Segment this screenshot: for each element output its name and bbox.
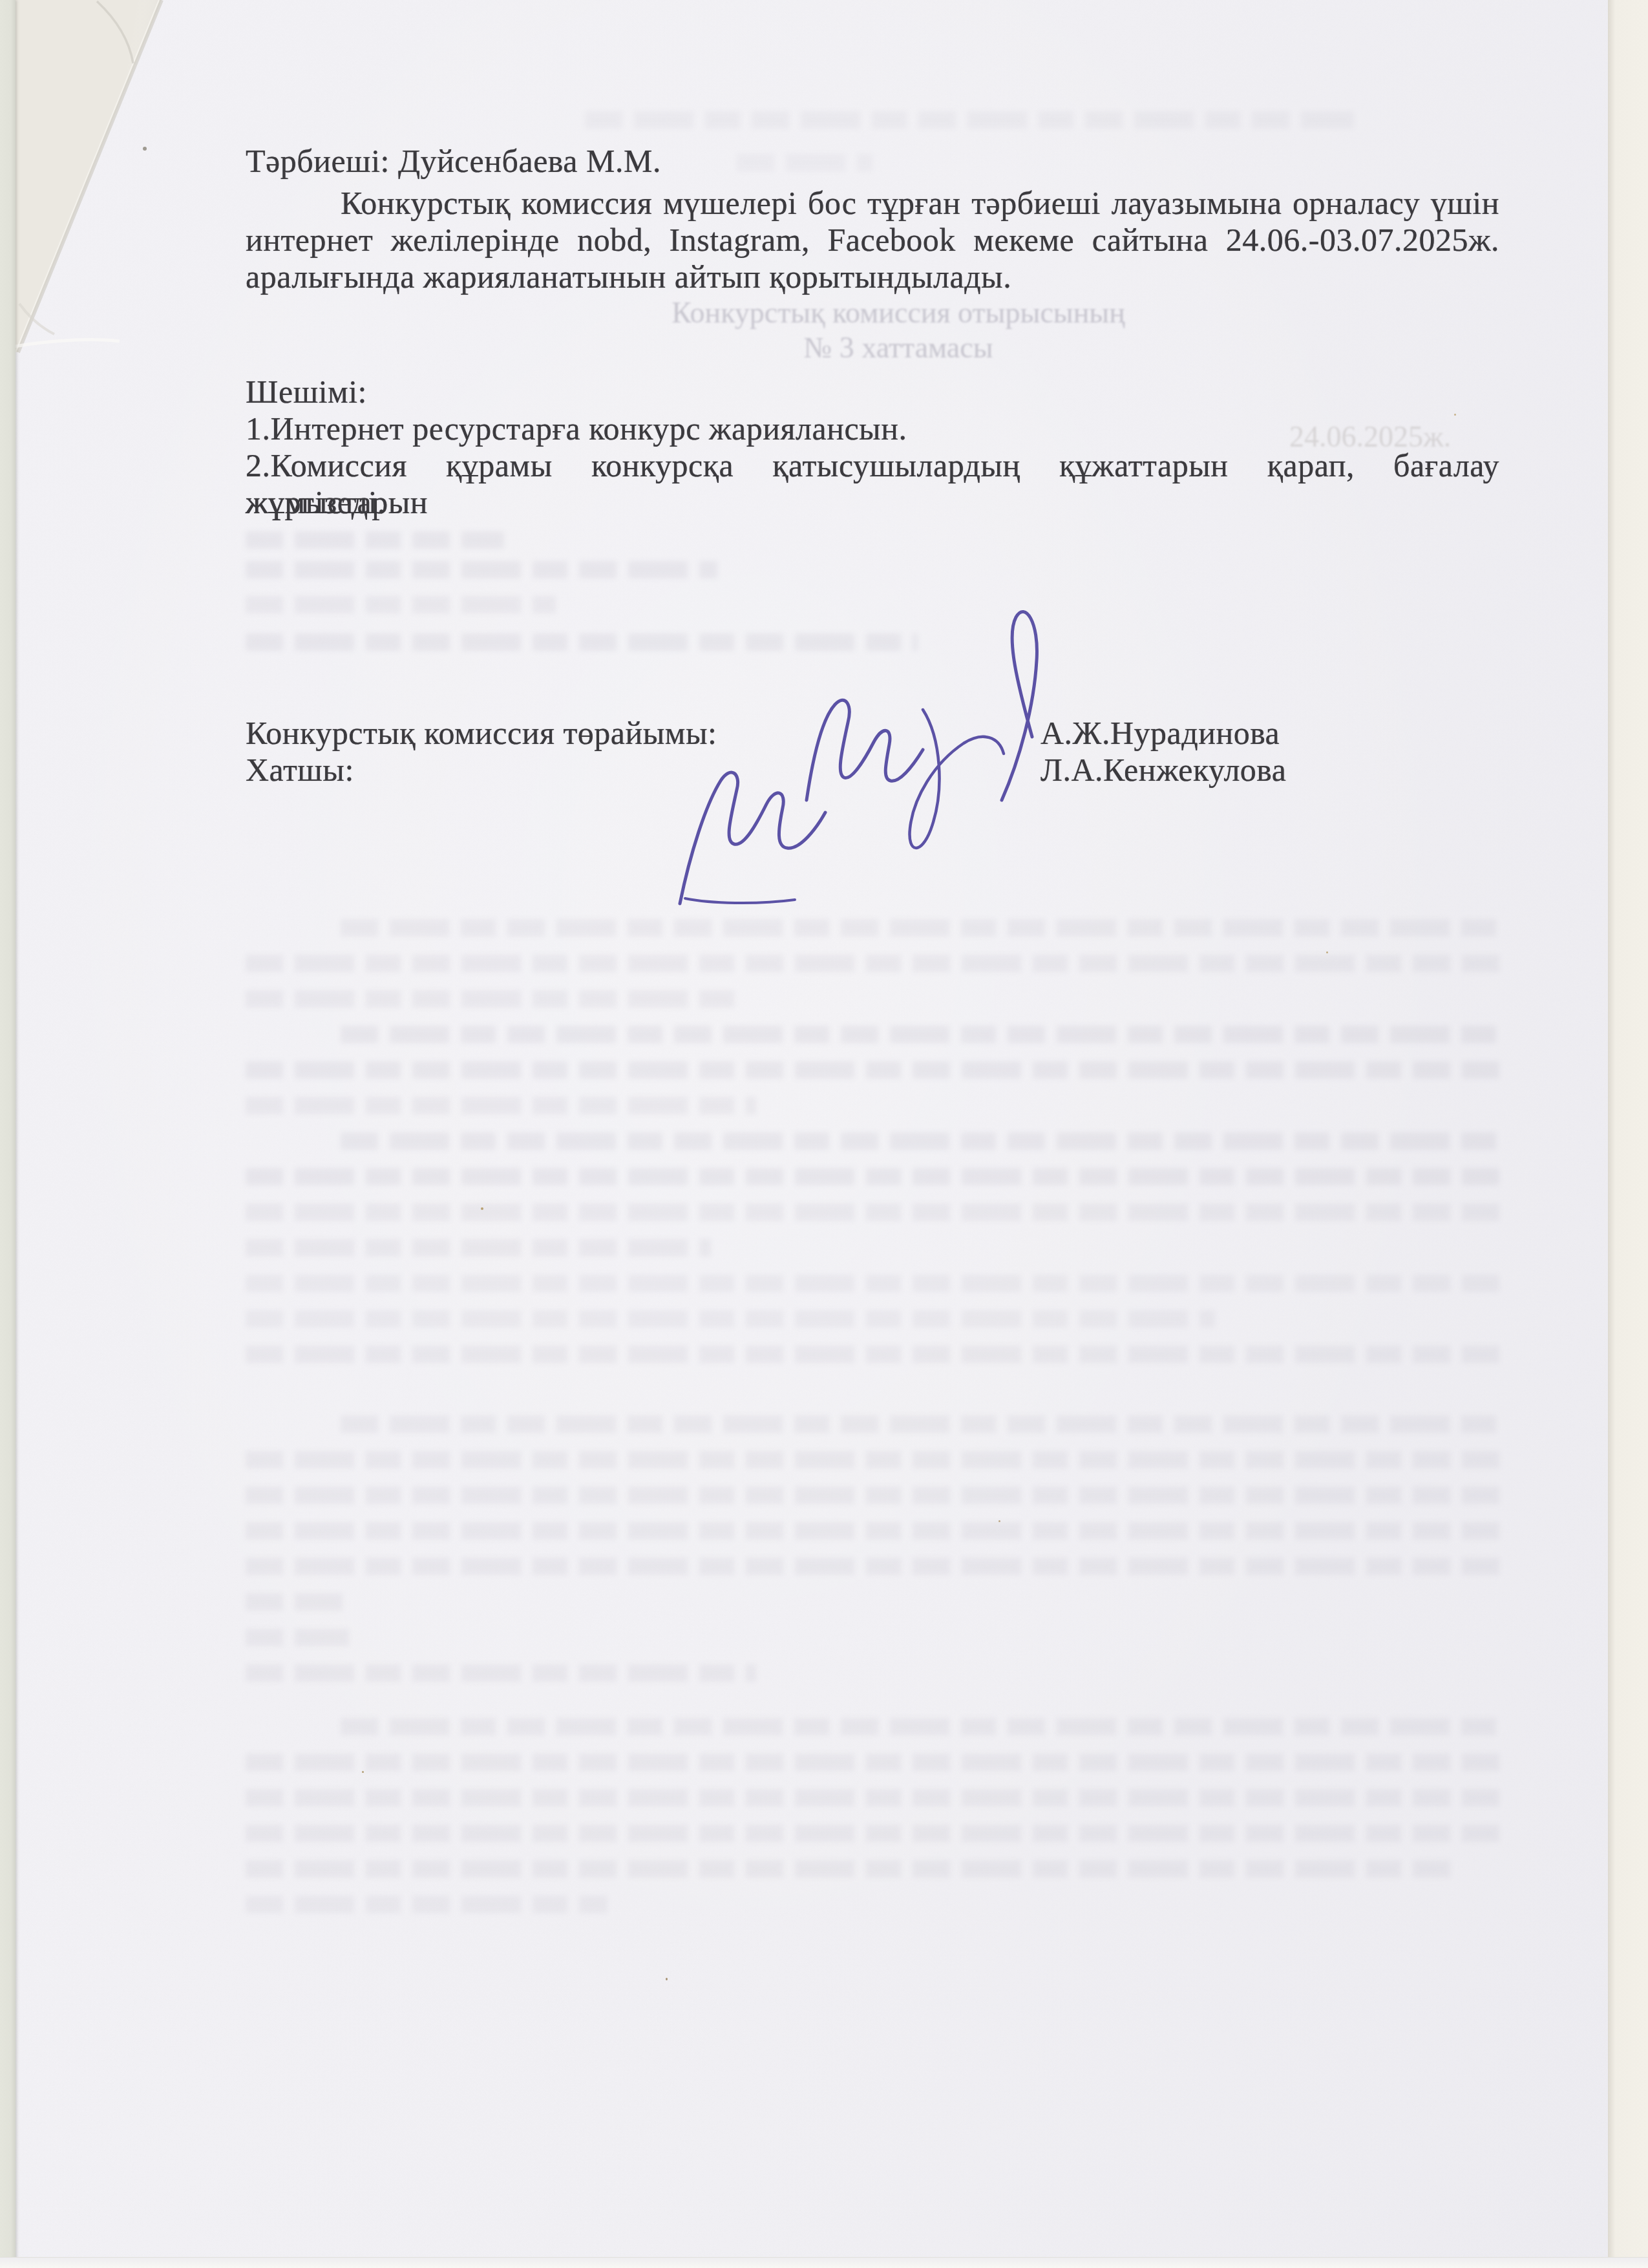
scanned-document-page: Конкурстық комиссия отырысының № 3 хатта… <box>0 0 1648 2268</box>
page-bottom-edge <box>0 2257 1648 2268</box>
bleedthrough-line <box>246 1522 1499 1540</box>
bleedthrough-line <box>585 111 1354 129</box>
bleedthrough-line <box>246 1061 1499 1079</box>
intro-paragraph: Конкурстық комиссия мүшелері бос тұрған … <box>246 185 1499 295</box>
secretary-label: Хатшы: <box>246 752 354 788</box>
decision-item-1: 1.Интернет ресурстарға конкурс жарияланс… <box>246 410 1499 447</box>
bleedthrough-line <box>341 1132 1499 1150</box>
dust-speck <box>362 1771 364 1773</box>
bleedthrough-line <box>246 531 504 549</box>
bleedthrough-line <box>246 1239 711 1256</box>
bleedthrough-line <box>246 955 1499 972</box>
bleedthrough-line <box>246 1754 1499 1771</box>
bleedthrough-line <box>246 1168 1499 1185</box>
bleedthrough-line <box>246 1789 1499 1807</box>
bleedthrough-line <box>246 1629 349 1646</box>
decision-section: Шешімі: 1.Интернет ресурстарға конкурс ж… <box>246 374 1499 521</box>
scanner-edge-strip <box>0 0 16 2268</box>
bleedthrough-line <box>737 154 872 171</box>
bleedthrough-line <box>246 1310 1215 1328</box>
bleedthrough-protocol-number: № 3 хаттамасы <box>271 331 1525 365</box>
decision-item-2-line-1: 2.Комиссия құрамы конкурсқа қатысушылард… <box>246 447 1499 484</box>
bleedthrough-line <box>341 1415 1499 1433</box>
paragraph-line-1: Конкурстық комиссия мүшелері бос тұрған … <box>246 185 1499 222</box>
paragraph-line-3: аралығында жарияланатынын айтып қорытынд… <box>246 259 1499 295</box>
bleedthrough-protocol-title: Конкурстық комиссия отырысының <box>271 296 1525 330</box>
page-right-edge <box>1608 0 1648 2268</box>
signature-ink <box>646 601 1099 924</box>
bleedthrough-line <box>246 990 737 1008</box>
bleedthrough-line <box>246 1346 1499 1363</box>
bleedthrough-line <box>341 1026 1499 1043</box>
dust-speck <box>1326 951 1328 953</box>
bleedthrough-line <box>246 1097 756 1114</box>
dust-speck <box>666 1978 668 1980</box>
bleedthrough-line <box>246 1825 1499 1842</box>
bleedthrough-line <box>246 1896 607 1913</box>
bleedthrough-line <box>246 1558 1499 1575</box>
bleedthrough-line <box>341 1718 1499 1735</box>
bleedthrough-line <box>246 1451 1499 1468</box>
bleedthrough-line <box>246 1860 1461 1878</box>
document-title-line: Тәрбиеші: Дуйсенбаева М.М. <box>246 143 661 180</box>
decision-item-2-line-2: жүргізеді. <box>246 484 1499 521</box>
bleedthrough-line <box>246 1487 1499 1504</box>
bleedthrough-line <box>246 1275 1499 1292</box>
bleedthrough-line <box>246 561 717 578</box>
bleedthrough-line <box>246 1664 756 1682</box>
dust-speck <box>481 1207 483 1210</box>
dust-speck <box>998 1520 1000 1522</box>
paragraph-line-2: интернет желілерінде nobd, Instagram, Fa… <box>246 222 1499 259</box>
bleedthrough-line <box>246 596 556 613</box>
dust-speck <box>1454 414 1456 416</box>
folded-corner <box>0 0 194 388</box>
decision-heading: Шешімі: <box>246 374 1499 410</box>
bleedthrough-line <box>246 1593 343 1611</box>
bleedthrough-line <box>246 1203 1499 1221</box>
